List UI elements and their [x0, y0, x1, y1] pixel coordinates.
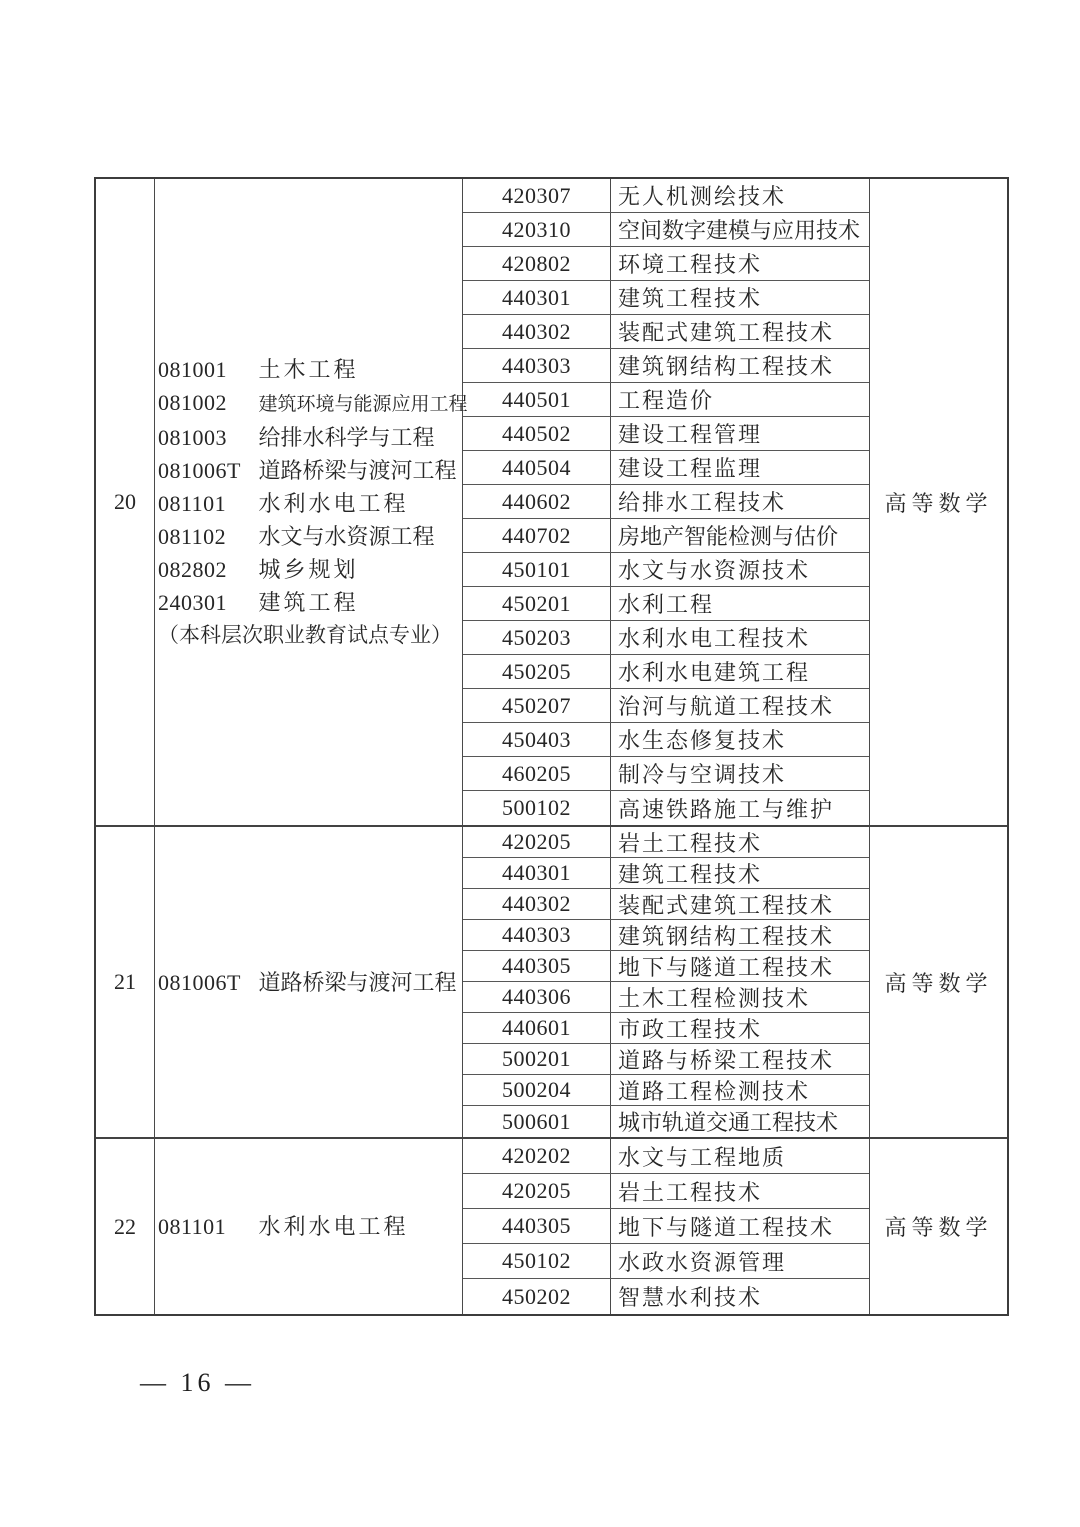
specialty-code: 440504 [463, 451, 611, 484]
specialty-name: 建筑工程技术 [611, 281, 869, 314]
specialty-row: 440502 建设工程管理 [463, 417, 869, 451]
specialty-name: 智慧水利技术 [611, 1279, 869, 1314]
specialty-name: 建设工程监理 [611, 451, 869, 484]
specialty-code: 500601 [463, 1106, 611, 1137]
specialty-code: 440301 [463, 281, 611, 314]
specialty-name: 岩土工程技术 [611, 827, 869, 857]
specialty-row: 420205 岩土工程技术 [463, 827, 869, 858]
page-number: — 16 — [140, 1368, 255, 1398]
major-line: 081101 水利水电工程 [158, 1210, 460, 1243]
row-index-cell: 22 [96, 1139, 155, 1314]
specialty-row: 440301 建筑工程技术 [463, 858, 869, 889]
specialty-name: 装配式建筑工程技术 [611, 315, 869, 348]
major-name: 城乡规划 [259, 557, 359, 582]
specialty-code: 450207 [463, 689, 611, 722]
specialty-name: 水利工程 [611, 587, 869, 620]
major-line: 081006T 道路桥梁与渡河工程 [158, 966, 460, 999]
specialty-code: 500102 [463, 791, 611, 825]
specialty-code: 440305 [463, 1209, 611, 1243]
specialty-name: 制冷与空调技术 [611, 757, 869, 790]
specialty-name: 建筑工程技术 [611, 858, 869, 888]
specialty-code: 460205 [463, 757, 611, 790]
specialty-code: 440303 [463, 920, 611, 950]
specialty-name: 地下与隧道工程技术 [611, 1209, 869, 1243]
exam-subject-cell: 高等数学 [870, 1139, 1007, 1314]
specialty-code: 440306 [463, 982, 611, 1012]
major-name: 道路桥梁与渡河工程 [259, 458, 457, 483]
specialty-name: 装配式建筑工程技术 [611, 889, 869, 919]
undergraduate-majors-cell: 081101 水利水电工程 [155, 1139, 463, 1314]
major-specialty-table: 20 081001 土木工程 081002 建筑环境与能源应用工程 081003… [94, 177, 1009, 1316]
specialty-row: 450101 水文与水资源技术 [463, 553, 869, 587]
specialty-name: 水利水电工程技术 [611, 621, 869, 654]
major-code: 081101 [158, 1210, 253, 1243]
major-name: 水利水电工程 [259, 491, 409, 516]
specialty-code: 440601 [463, 1013, 611, 1043]
specialty-name: 高速铁路施工与维护 [611, 791, 869, 825]
major-code: 081101 [158, 487, 253, 520]
vocational-specialties-cell: 420205 岩土工程技术 440301 建筑工程技术 440302 装配式建筑… [463, 827, 870, 1137]
major-line: 081002 建筑环境与能源应用工程 [158, 386, 460, 421]
exam-subject-cell: 高等数学 [870, 179, 1007, 825]
major-line: 082802 城乡规划 [158, 553, 460, 586]
specialty-name: 道路工程检测技术 [611, 1075, 869, 1105]
specialty-row: 440305 地下与隧道工程技术 [463, 951, 869, 982]
major-name: 土木工程 [259, 357, 359, 382]
specialty-code: 440303 [463, 349, 611, 382]
specialty-row: 450403 水生态修复技术 [463, 723, 869, 757]
specialty-row: 450207 治河与航道工程技术 [463, 689, 869, 723]
specialty-name: 环境工程技术 [611, 247, 869, 280]
specialty-row: 440602 给排水工程技术 [463, 485, 869, 519]
vocational-specialties-cell: 420202 水文与工程地质 420205 岩土工程技术 440305 地下与隧… [463, 1139, 870, 1314]
specialty-code: 440702 [463, 519, 611, 552]
vocational-specialties-cell: 420307 无人机测绘技术 420310 空间数字建模与应用技术 420802… [463, 179, 870, 825]
specialty-row: 440302 装配式建筑工程技术 [463, 315, 869, 349]
exam-subject-cell: 高等数学 [870, 827, 1007, 1137]
specialty-name: 无人机测绘技术 [611, 179, 869, 212]
specialty-row: 450203 水利水电工程技术 [463, 621, 869, 655]
specialty-name: 岩土工程技术 [611, 1174, 869, 1208]
major-code: 081001 [158, 353, 253, 386]
document-page: 20 081001 土木工程 081002 建筑环境与能源应用工程 081003… [0, 0, 1080, 1527]
specialty-row: 440306 土木工程检测技术 [463, 982, 869, 1013]
specialty-code: 450101 [463, 553, 611, 586]
table-row-group: 20 081001 土木工程 081002 建筑环境与能源应用工程 081003… [96, 179, 1007, 827]
specialty-name: 水文与水资源技术 [611, 553, 869, 586]
major-line: 081102 水文与水资源工程 [158, 520, 460, 553]
major-code: 081006T [158, 454, 253, 487]
specialty-name: 建筑钢结构工程技术 [611, 920, 869, 950]
undergraduate-majors-cell: 081006T 道路桥梁与渡河工程 [155, 827, 463, 1137]
specialty-row: 440305 地下与隧道工程技术 [463, 1209, 869, 1244]
specialty-name: 工程造价 [611, 383, 869, 416]
specialty-row: 440302 装配式建筑工程技术 [463, 889, 869, 920]
specialty-code: 420310 [463, 213, 611, 246]
specialty-name: 给排水工程技术 [611, 485, 869, 518]
major-name: 水利水电工程 [259, 1214, 409, 1239]
specialty-row: 460205 制冷与空调技术 [463, 757, 869, 791]
specialty-code: 420205 [463, 1174, 611, 1208]
major-name: 建筑环境与能源应用工程 [259, 394, 468, 415]
major-line: 240301 建筑工程 [158, 586, 460, 619]
specialty-row: 500204 道路工程检测技术 [463, 1075, 869, 1106]
table-row-group: 22 081101 水利水电工程 420202 水文与工程地质 420205 岩… [96, 1139, 1007, 1314]
specialty-code: 440301 [463, 858, 611, 888]
specialty-code: 450201 [463, 587, 611, 620]
specialty-code: 450205 [463, 655, 611, 688]
specialty-code: 420205 [463, 827, 611, 857]
specialty-name: 水文与工程地质 [611, 1139, 869, 1173]
major-code: 081006T [158, 966, 253, 999]
major-code: 081002 [158, 386, 253, 419]
major-line: （本科层次职业教育试点专业） [158, 619, 460, 652]
specialty-name: 地下与隧道工程技术 [611, 951, 869, 981]
specialty-row: 440601 市政工程技术 [463, 1013, 869, 1044]
specialty-row: 500102 高速铁路施工与维护 [463, 791, 869, 825]
specialty-row: 450102 水政水资源管理 [463, 1244, 869, 1279]
specialty-code: 450203 [463, 621, 611, 654]
specialty-row: 500601 城市轨道交通工程技术 [463, 1106, 869, 1137]
specialty-code: 450202 [463, 1279, 611, 1314]
major-line: 081003 给排水科学与工程 [158, 421, 460, 454]
specialty-name: 水生态修复技术 [611, 723, 869, 756]
specialty-code: 500204 [463, 1075, 611, 1105]
major-line: 081001 土木工程 [158, 353, 460, 386]
table-row-group: 21 081006T 道路桥梁与渡河工程 420205 岩土工程技术 44030… [96, 827, 1007, 1139]
specialty-code: 440302 [463, 889, 611, 919]
exam-subject-label: 高等数学 [884, 967, 992, 998]
specialty-row: 440303 建筑钢结构工程技术 [463, 920, 869, 951]
specialty-name: 水利水电建筑工程 [611, 655, 869, 688]
specialty-name: 建设工程管理 [611, 417, 869, 450]
specialty-name: 道路与桥梁工程技术 [611, 1044, 869, 1074]
major-code: 240301 [158, 586, 253, 619]
specialty-code: 500201 [463, 1044, 611, 1074]
row-index: 20 [114, 489, 136, 515]
specialty-name: 空间数字建模与应用技术 [611, 213, 869, 246]
specialty-name: 治河与航道工程技术 [611, 689, 869, 722]
specialty-row: 420310 空间数字建模与应用技术 [463, 213, 869, 247]
specialty-name: 水政水资源管理 [611, 1244, 869, 1278]
specialty-row: 450202 智慧水利技术 [463, 1279, 869, 1314]
exam-subject-label: 高等数学 [884, 1211, 992, 1242]
specialty-row: 420205 岩土工程技术 [463, 1174, 869, 1209]
specialty-name: 建筑钢结构工程技术 [611, 349, 869, 382]
specialty-name: 土木工程检测技术 [611, 982, 869, 1012]
exam-subject-label: 高等数学 [884, 487, 992, 518]
specialty-code: 420202 [463, 1139, 611, 1173]
specialty-name: 城市轨道交通工程技术 [611, 1106, 869, 1137]
major-name: 给排水科学与工程 [259, 425, 435, 450]
specialty-name: 市政工程技术 [611, 1013, 869, 1043]
specialty-code: 440501 [463, 383, 611, 416]
specialty-code: 420307 [463, 179, 611, 212]
specialty-row: 440303 建筑钢结构工程技术 [463, 349, 869, 383]
major-code: 081102 [158, 520, 253, 553]
specialty-row: 420202 水文与工程地质 [463, 1139, 869, 1174]
major-line: 081101 水利水电工程 [158, 487, 460, 520]
major-name: （本科层次职业教育试点专业） [158, 623, 452, 647]
specialty-row: 440301 建筑工程技术 [463, 281, 869, 315]
specialty-code: 420802 [463, 247, 611, 280]
major-name: 道路桥梁与渡河工程 [259, 970, 457, 995]
major-line: 081006T 道路桥梁与渡河工程 [158, 454, 460, 487]
major-code: 081003 [158, 421, 253, 454]
specialty-row: 440702 房地产智能检测与估价 [463, 519, 869, 553]
major-name: 建筑工程 [259, 590, 359, 615]
specialty-row: 440501 工程造价 [463, 383, 869, 417]
specialty-row: 420802 环境工程技术 [463, 247, 869, 281]
row-index: 22 [114, 1214, 136, 1240]
specialty-row: 450201 水利工程 [463, 587, 869, 621]
row-index-cell: 20 [96, 179, 155, 825]
specialty-code: 440305 [463, 951, 611, 981]
specialty-row: 440504 建设工程监理 [463, 451, 869, 485]
specialty-row: 420307 无人机测绘技术 [463, 179, 869, 213]
specialty-name: 房地产智能检测与估价 [611, 519, 869, 552]
specialty-code: 450102 [463, 1244, 611, 1278]
specialty-row: 450205 水利水电建筑工程 [463, 655, 869, 689]
row-index: 21 [114, 969, 136, 995]
major-name: 水文与水资源工程 [259, 524, 435, 549]
specialty-code: 450403 [463, 723, 611, 756]
row-index-cell: 21 [96, 827, 155, 1137]
major-code: 082802 [158, 553, 253, 586]
specialty-code: 440302 [463, 315, 611, 348]
undergraduate-majors-cell: 081001 土木工程 081002 建筑环境与能源应用工程 081003 给排… [155, 179, 463, 825]
specialty-code: 440602 [463, 485, 611, 518]
specialty-row: 500201 道路与桥梁工程技术 [463, 1044, 869, 1075]
specialty-code: 440502 [463, 417, 611, 450]
